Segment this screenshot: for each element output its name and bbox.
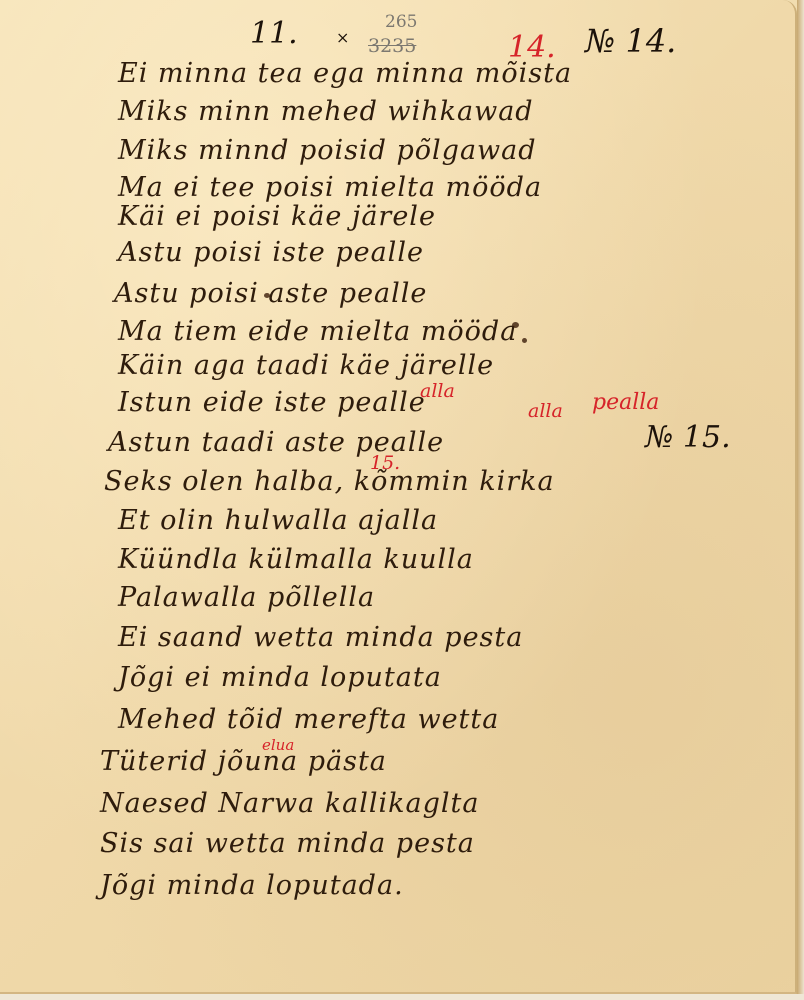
manuscript-line: Palawalla põllella xyxy=(118,582,375,613)
manuscript-line: Käin aga taadi käe järelle xyxy=(118,350,494,381)
manuscript-line: Sis sai wetta minda pesta xyxy=(100,828,475,859)
page-edge-right xyxy=(797,0,804,1000)
ink-blot xyxy=(264,293,270,298)
manuscript-line: Seks olen halba, kõmmin kirka xyxy=(104,466,555,497)
manuscript-line: Miks minn mehed wihkawad xyxy=(118,96,534,127)
pencil-number-top: 265 xyxy=(385,12,417,32)
manuscript-line: Küündla külmalla kuulla xyxy=(118,544,474,575)
manuscript-line: Ei minna tea ega minna mõista xyxy=(118,58,572,89)
manuscript-line: Ma ei tee poisi mielta mööda xyxy=(118,172,542,203)
pencil-number-struck: 3235 xyxy=(368,35,416,57)
red-correction: alla xyxy=(420,380,455,402)
song-number-14: № 14. xyxy=(585,22,676,60)
red-correction: alla xyxy=(528,400,563,422)
red-correction: pealla xyxy=(592,390,659,415)
manuscript-line: Käi ei poisi käe järele xyxy=(118,201,436,232)
manuscript-line: Naesed Narwa kallikaglta xyxy=(100,788,480,819)
folio-number: 11. xyxy=(250,16,298,51)
manuscript-line: Miks minnd poisid põlgawad xyxy=(118,135,537,166)
manuscript-line: Jõgi ei minda loputata xyxy=(118,662,442,693)
manuscript-line: Astu poisi iste pealle xyxy=(118,237,424,268)
manuscript-line: Istun eide iste pealle xyxy=(118,387,426,418)
ink-blot xyxy=(512,322,519,328)
manuscript-line: Mehed tõid merefta wetta xyxy=(118,704,499,735)
manuscript-page: 11. × 265 3235 14. № 14. Ei minna tea eg… xyxy=(0,0,797,994)
manuscript-line: Tüterid jõuna pästa xyxy=(100,746,387,777)
ink-blot xyxy=(522,338,527,343)
manuscript-line: Jõgi minda loputada. xyxy=(100,870,404,901)
page-edge-bottom xyxy=(0,994,804,1000)
song-number-15: № 15. xyxy=(645,420,731,455)
manuscript-line: Ei saand wetta minda pesta xyxy=(118,622,523,653)
manuscript-line: Ma tiem eide mielta mööda xyxy=(118,316,517,347)
manuscript-line: Astu poisi aste pealle xyxy=(114,278,427,309)
manuscript-line: Et olin hulwalla ajalla xyxy=(118,505,438,536)
cross-mark: × xyxy=(336,28,349,47)
